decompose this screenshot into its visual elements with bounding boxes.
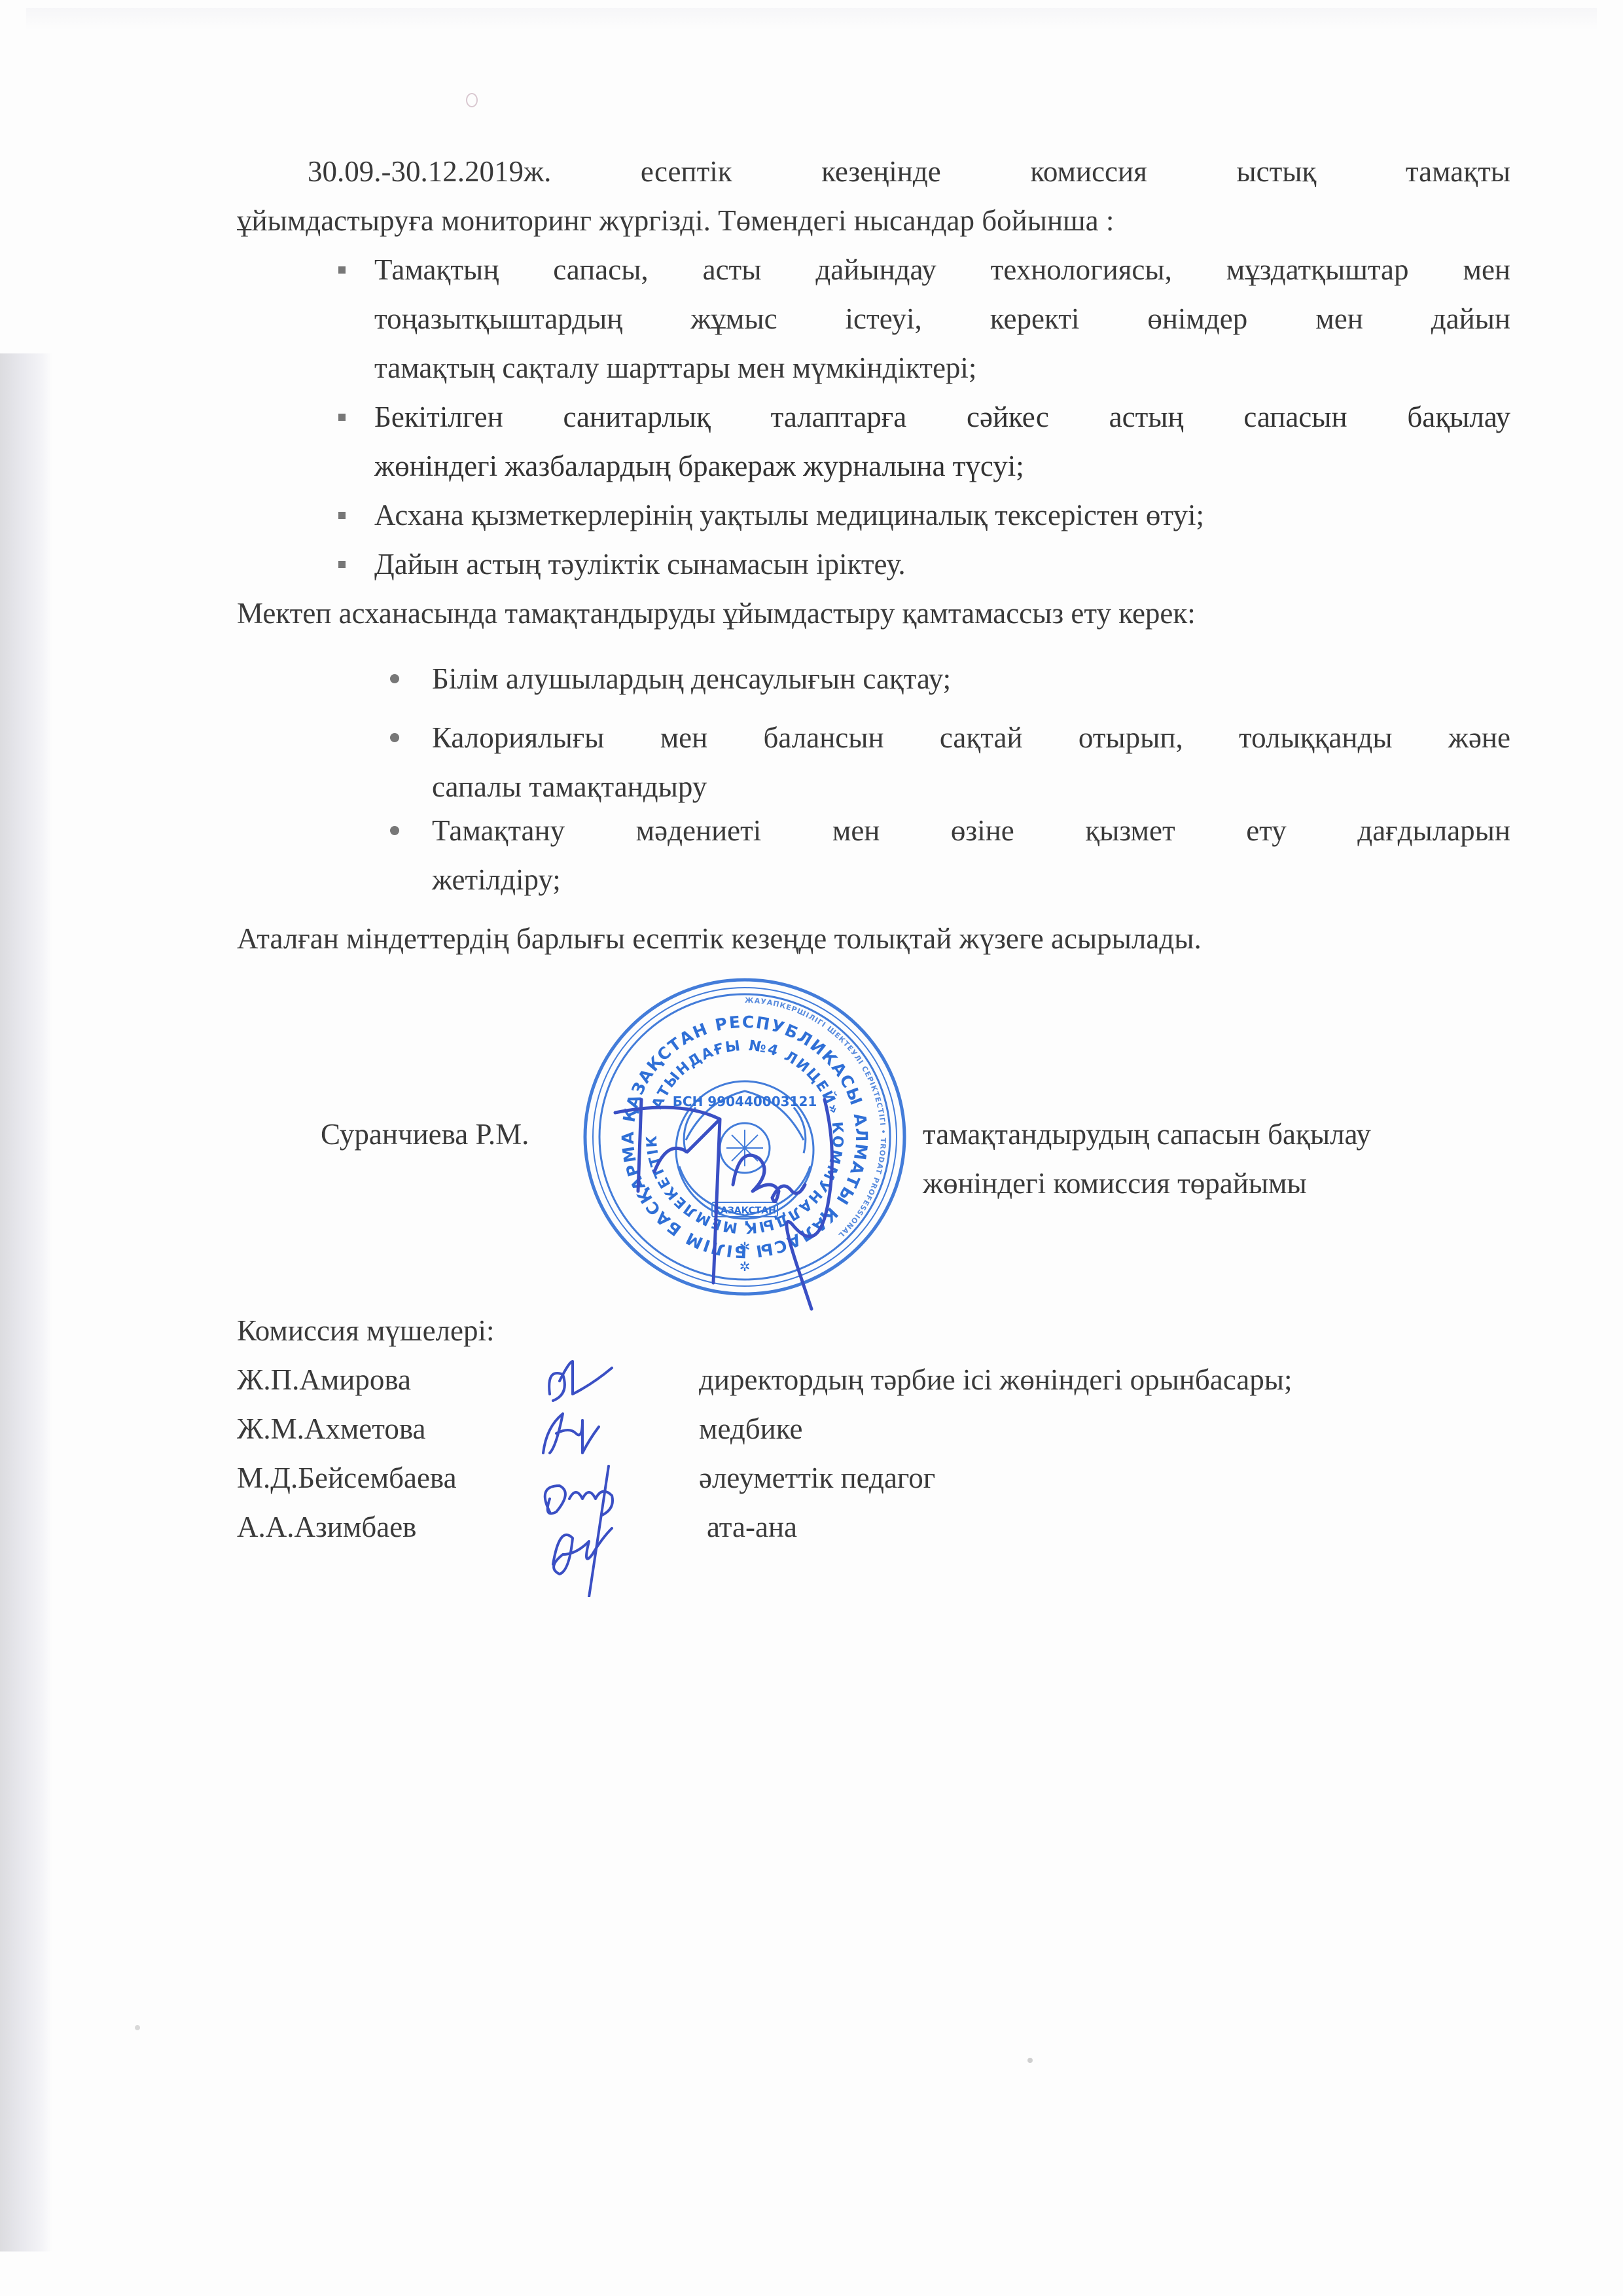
member-signatures-icon	[530, 1348, 687, 1597]
round-bullet-icon	[390, 733, 399, 742]
member-name: Ж.М.Ахметова	[237, 1409, 425, 1448]
task-item-text: жетілдіру;	[432, 860, 561, 899]
monitoring-item-text: жөніндегі жазбалардың бракераж журналына…	[374, 446, 1024, 486]
chair-name: Суранчиева Р.М.	[321, 1115, 529, 1154]
member-name: Ж.П.Амирова	[237, 1360, 411, 1399]
monitoring-item-text: Тамақтың сапасы, асты дайындау технологи…	[374, 250, 1510, 289]
members-title: Комиссия мүшелері:	[237, 1311, 495, 1350]
member-role: директордың тәрбие ісі жөніндегі орынбас…	[699, 1360, 1292, 1399]
task-item-text: Калориялығы мен балансын сақтай отырып, …	[432, 718, 1510, 757]
monitoring-item-text: тамақтың сақталу шарттары мен мүмкіндікт…	[374, 348, 976, 387]
task-item-text: Тамақтану мәдениеті мен өзіне қызмет ету…	[432, 811, 1510, 850]
chair-role-line-2: жөніндегі комиссия төрайымы	[923, 1164, 1307, 1203]
conclusion: Аталған міндеттердің барлығы есептік кез…	[237, 919, 1202, 958]
round-bullet-icon	[390, 674, 399, 683]
square-bullet-icon	[338, 266, 346, 274]
square-bullet-icon	[338, 414, 346, 421]
square-bullet-icon	[338, 561, 346, 568]
monitoring-item-text: Дайын астың тәуліктік сынамасын іріктеу.	[374, 545, 906, 584]
member-name: А.А.Азимбаев	[237, 1507, 416, 1547]
intro-line-1: 30.09.-30.12.2019ж. есептік кезеңінде ко…	[308, 152, 1510, 191]
member-role: әлеуметтік педагог	[699, 1458, 935, 1498]
monitoring-item-text: Бекітілген санитарлық талаптарға сәйкес …	[374, 397, 1510, 437]
scan-speck	[466, 93, 478, 107]
chair-role-line-1: тамақтандырудың сапасын бақылау	[923, 1115, 1371, 1154]
member-name: М.Д.Бейсембаева	[237, 1458, 457, 1498]
task-item-text: Білім алушылардың денсаулығын сақтау;	[432, 659, 951, 698]
monitoring-item-text: Асхана қызметкерлерінің уақтылы медицина…	[374, 495, 1204, 535]
monitoring-item-text: тоңазытқыштардың жұмыс істеуі, керекті ө…	[374, 299, 1510, 338]
scan-speck	[135, 2025, 140, 2030]
round-bullet-icon	[390, 826, 399, 835]
scan-speck	[1027, 2058, 1033, 2063]
chair-signature-icon	[602, 1073, 877, 1322]
intro-line-2: ұйымдастыруға мониторинг жүргізді. Төмен…	[237, 201, 1114, 240]
task-item-text: сапалы тамақтандыру	[432, 767, 707, 806]
member-role: ата-ана	[707, 1507, 797, 1547]
tasks-intro: Мектеп асханасында тамақтандыруды ұйымда…	[237, 594, 1196, 633]
square-bullet-icon	[338, 512, 346, 519]
member-role: медбике	[699, 1409, 802, 1448]
document-page: 30.09.-30.12.2019ж. есептік кезеңінде ко…	[0, 0, 1623, 2296]
